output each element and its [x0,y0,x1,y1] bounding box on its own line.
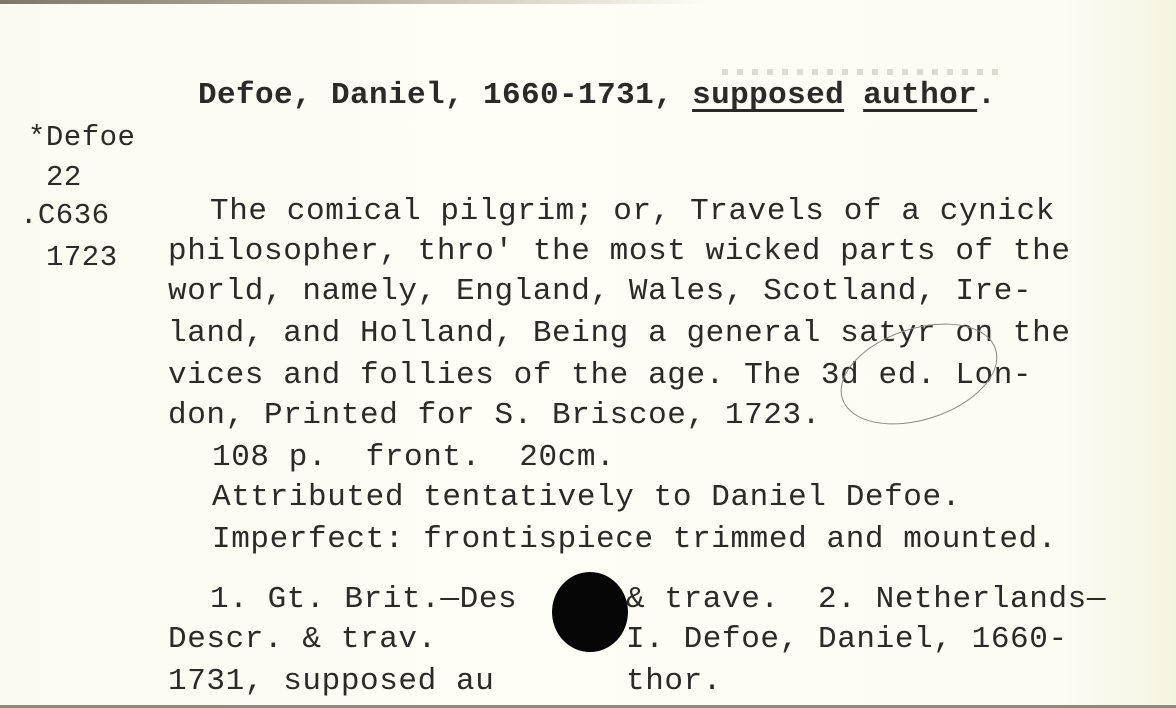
heading-author: Defoe, Daniel, 1660-1731, supposed autho… [198,76,996,116]
note-imperfect: Imperfect: frontispiece trimmed and moun… [212,520,1057,560]
imprint-line: don, Printed for S. Briscoe, 1723. [168,396,821,436]
card-punch-hole [552,572,628,652]
tracing-2-right: I. Defoe, Daniel, 1660- [626,620,1068,660]
faint-stamp-marks [722,69,1002,75]
catalog-card: Defoe, Daniel, 1660-1731, supposed autho… [0,0,1176,708]
title-line-1: The comical pilgrim; or, Travels of a cy… [210,192,1055,232]
tracing-3-left: 1731, supposed au [168,662,494,702]
call-number-line-2: 22 [46,158,82,198]
heading-role-supposed: supposed [692,78,844,113]
tracing-2-left: Descr. & trav. [168,620,437,660]
title-line-2: philosopher, thro' the most wicked parts… [168,232,1071,272]
tracing-1-right: & trave. 2. Netherlands— [626,580,1106,620]
heading-role-author: author [863,78,977,113]
tracing-3-right: thor. [626,662,722,702]
collation: 108 p. front. 20cm. [212,438,615,478]
call-number-line-4: 1723 [46,238,118,278]
title-line-3: world, namely, England, Wales, Scotland,… [168,272,1032,312]
tracing-1-left: 1. Gt. Brit.—Des [210,580,517,620]
heading-period: . [977,78,996,113]
heading-name: Defoe, Daniel, 1660-1731, [198,78,673,113]
note-attribution: Attributed tentatively to Daniel Defoe. [212,478,961,518]
call-number-line-3: .C636 [20,196,110,236]
call-number-line-1: *Defoe [28,118,135,158]
